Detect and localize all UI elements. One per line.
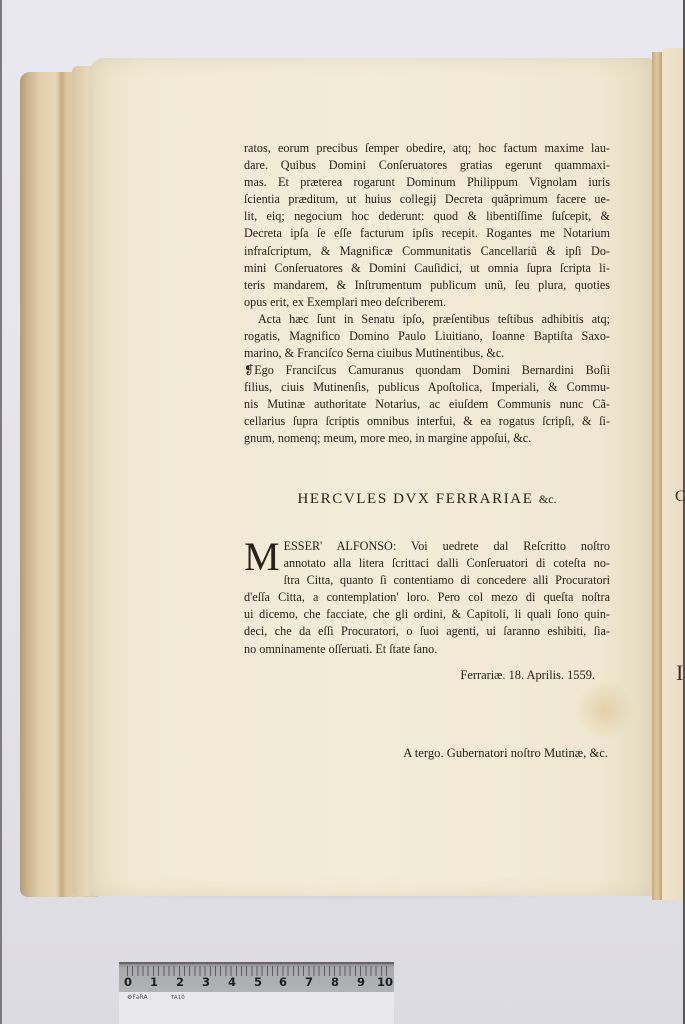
scale-ruler: 0 1 2 3 4 5 6 7 8 9 10 ⚙FəRA TA10 bbox=[119, 962, 394, 1024]
text-line: ESSER' ALFONSO: Voi uedrete dal Reſcritt… bbox=[244, 538, 610, 555]
text-line: rogatis, Magnifico Domino Paulo Liuitian… bbox=[244, 328, 610, 345]
address-line: A tergo. Gubernatori noſtro Mutinæ, &c. bbox=[360, 746, 608, 761]
text-line: mas. Et præterea rogarunt Dominum Philip… bbox=[244, 174, 610, 191]
ruler-number: 6 bbox=[279, 975, 287, 989]
text-line: d'eſſa Citta, a contemplation' loro. Per… bbox=[244, 589, 610, 606]
heading-suffix: &c. bbox=[539, 492, 557, 506]
text-line: filius, ciuis Mutinenſis, publicus Apoſt… bbox=[244, 379, 610, 396]
facing-page-letter: C bbox=[675, 488, 685, 506]
text-line: deci, che da eſſi Procuratori, o ſuoi ag… bbox=[244, 623, 610, 640]
ruler-number: 8 bbox=[331, 975, 339, 989]
text-line: cellarius ſupra ſcriptis omnibus interfu… bbox=[244, 413, 610, 430]
text-line: Acta hæc ſunt in Senatu ipſo, præſentibu… bbox=[244, 311, 610, 328]
text-line: ratos, eorum precibus ſemper obedire, at… bbox=[244, 140, 610, 157]
body-text-paragraph-2: Acta hæc ſunt in Senatu ipſo, præſentibu… bbox=[244, 311, 610, 362]
ruler-number: 4 bbox=[228, 975, 236, 989]
ruler-number: 10 bbox=[377, 975, 393, 989]
facing-page-letter: I bbox=[676, 660, 683, 686]
ruler-number: 7 bbox=[305, 975, 313, 989]
ruler-brand-logo: ⚙FəRA bbox=[127, 994, 148, 1001]
notary-attestation: ❡Ego Franciſcus Camuranus quondam Domini… bbox=[244, 362, 610, 447]
text-line: nis Mutinæ authoritate Notarius, ac eiuſ… bbox=[244, 396, 610, 413]
ruler-numbers: 0 1 2 3 4 5 6 7 8 9 10 bbox=[119, 975, 394, 993]
ruler-number: 3 bbox=[202, 975, 210, 989]
ruler-number: 2 bbox=[176, 975, 184, 989]
text-line: marino, & Franciſco Serna ciuibus Mutine… bbox=[244, 345, 610, 362]
ruler-number: 9 bbox=[357, 975, 365, 989]
section-heading: HERCVLES DVX FERRARIAE &c. bbox=[244, 491, 610, 508]
heading-text: HERCVLES DVX FERRARIAE bbox=[297, 491, 533, 507]
ruler-number: 5 bbox=[254, 975, 262, 989]
image-border-left bbox=[0, 0, 2, 1024]
text-line: lit, eiq; negocium hoc dederunt: quod & … bbox=[244, 208, 610, 225]
drop-cap: M bbox=[244, 540, 280, 574]
text-line: ſcientia præditum, ut huius collegij Dec… bbox=[244, 191, 610, 208]
text-line: gnum, nomenq; meum, more meo, in margine… bbox=[244, 430, 610, 447]
ruler-scale-bar: 0 1 2 3 4 5 6 7 8 9 10 bbox=[119, 962, 394, 994]
ruler-model-code: TA10 bbox=[171, 995, 185, 1001]
text-line: Decreta ipſa ſe eſſe facturum ipſis rece… bbox=[244, 225, 610, 242]
facing-page-sliver: I C bbox=[662, 48, 683, 900]
text-line: ui dicemo, che facciate, che gli ordini,… bbox=[244, 606, 610, 623]
letter-body: M ESSER' ALFONSO: Voi uedrete dal Reſcri… bbox=[244, 538, 610, 658]
text-line: ſtra Citta, quanto ſi contentiamo di con… bbox=[244, 572, 610, 589]
text-line: annotato alla litera ſcrittaci dalli Con… bbox=[244, 555, 610, 572]
text-line: opus erit, ex Exemplari meo deſcriberem. bbox=[244, 294, 610, 311]
pilcrow-icon: ❡ bbox=[244, 363, 254, 377]
date-line: Ferrariæ. 18. Aprilis. 1559. bbox=[420, 668, 595, 683]
ruler-number: 1 bbox=[150, 975, 158, 989]
ruler-label-strip: ⚙FəRA TA10 bbox=[119, 992, 394, 1024]
text-line: teris mandarem, & Inſtrumentum publicum … bbox=[244, 277, 610, 294]
text-line: mini Conſeruatores & Domini Cauſidici, u… bbox=[244, 260, 610, 277]
text-line: infraſcriptum, & Magnificæ Communitatis … bbox=[244, 243, 610, 260]
paper-stain bbox=[575, 680, 635, 740]
body-text-paragraph-1: ratos, eorum precibus ſemper obedire, at… bbox=[244, 140, 610, 362]
text-line: Ego Franciſcus Camuranus quondam Domini … bbox=[254, 363, 610, 377]
text-line: no omninamente oſſeruati. Et ſtate ſano. bbox=[244, 641, 610, 658]
text-line: dare. Quibus Domini Conſeruatores gratia… bbox=[244, 157, 610, 174]
ruler-number: 0 bbox=[124, 975, 132, 989]
